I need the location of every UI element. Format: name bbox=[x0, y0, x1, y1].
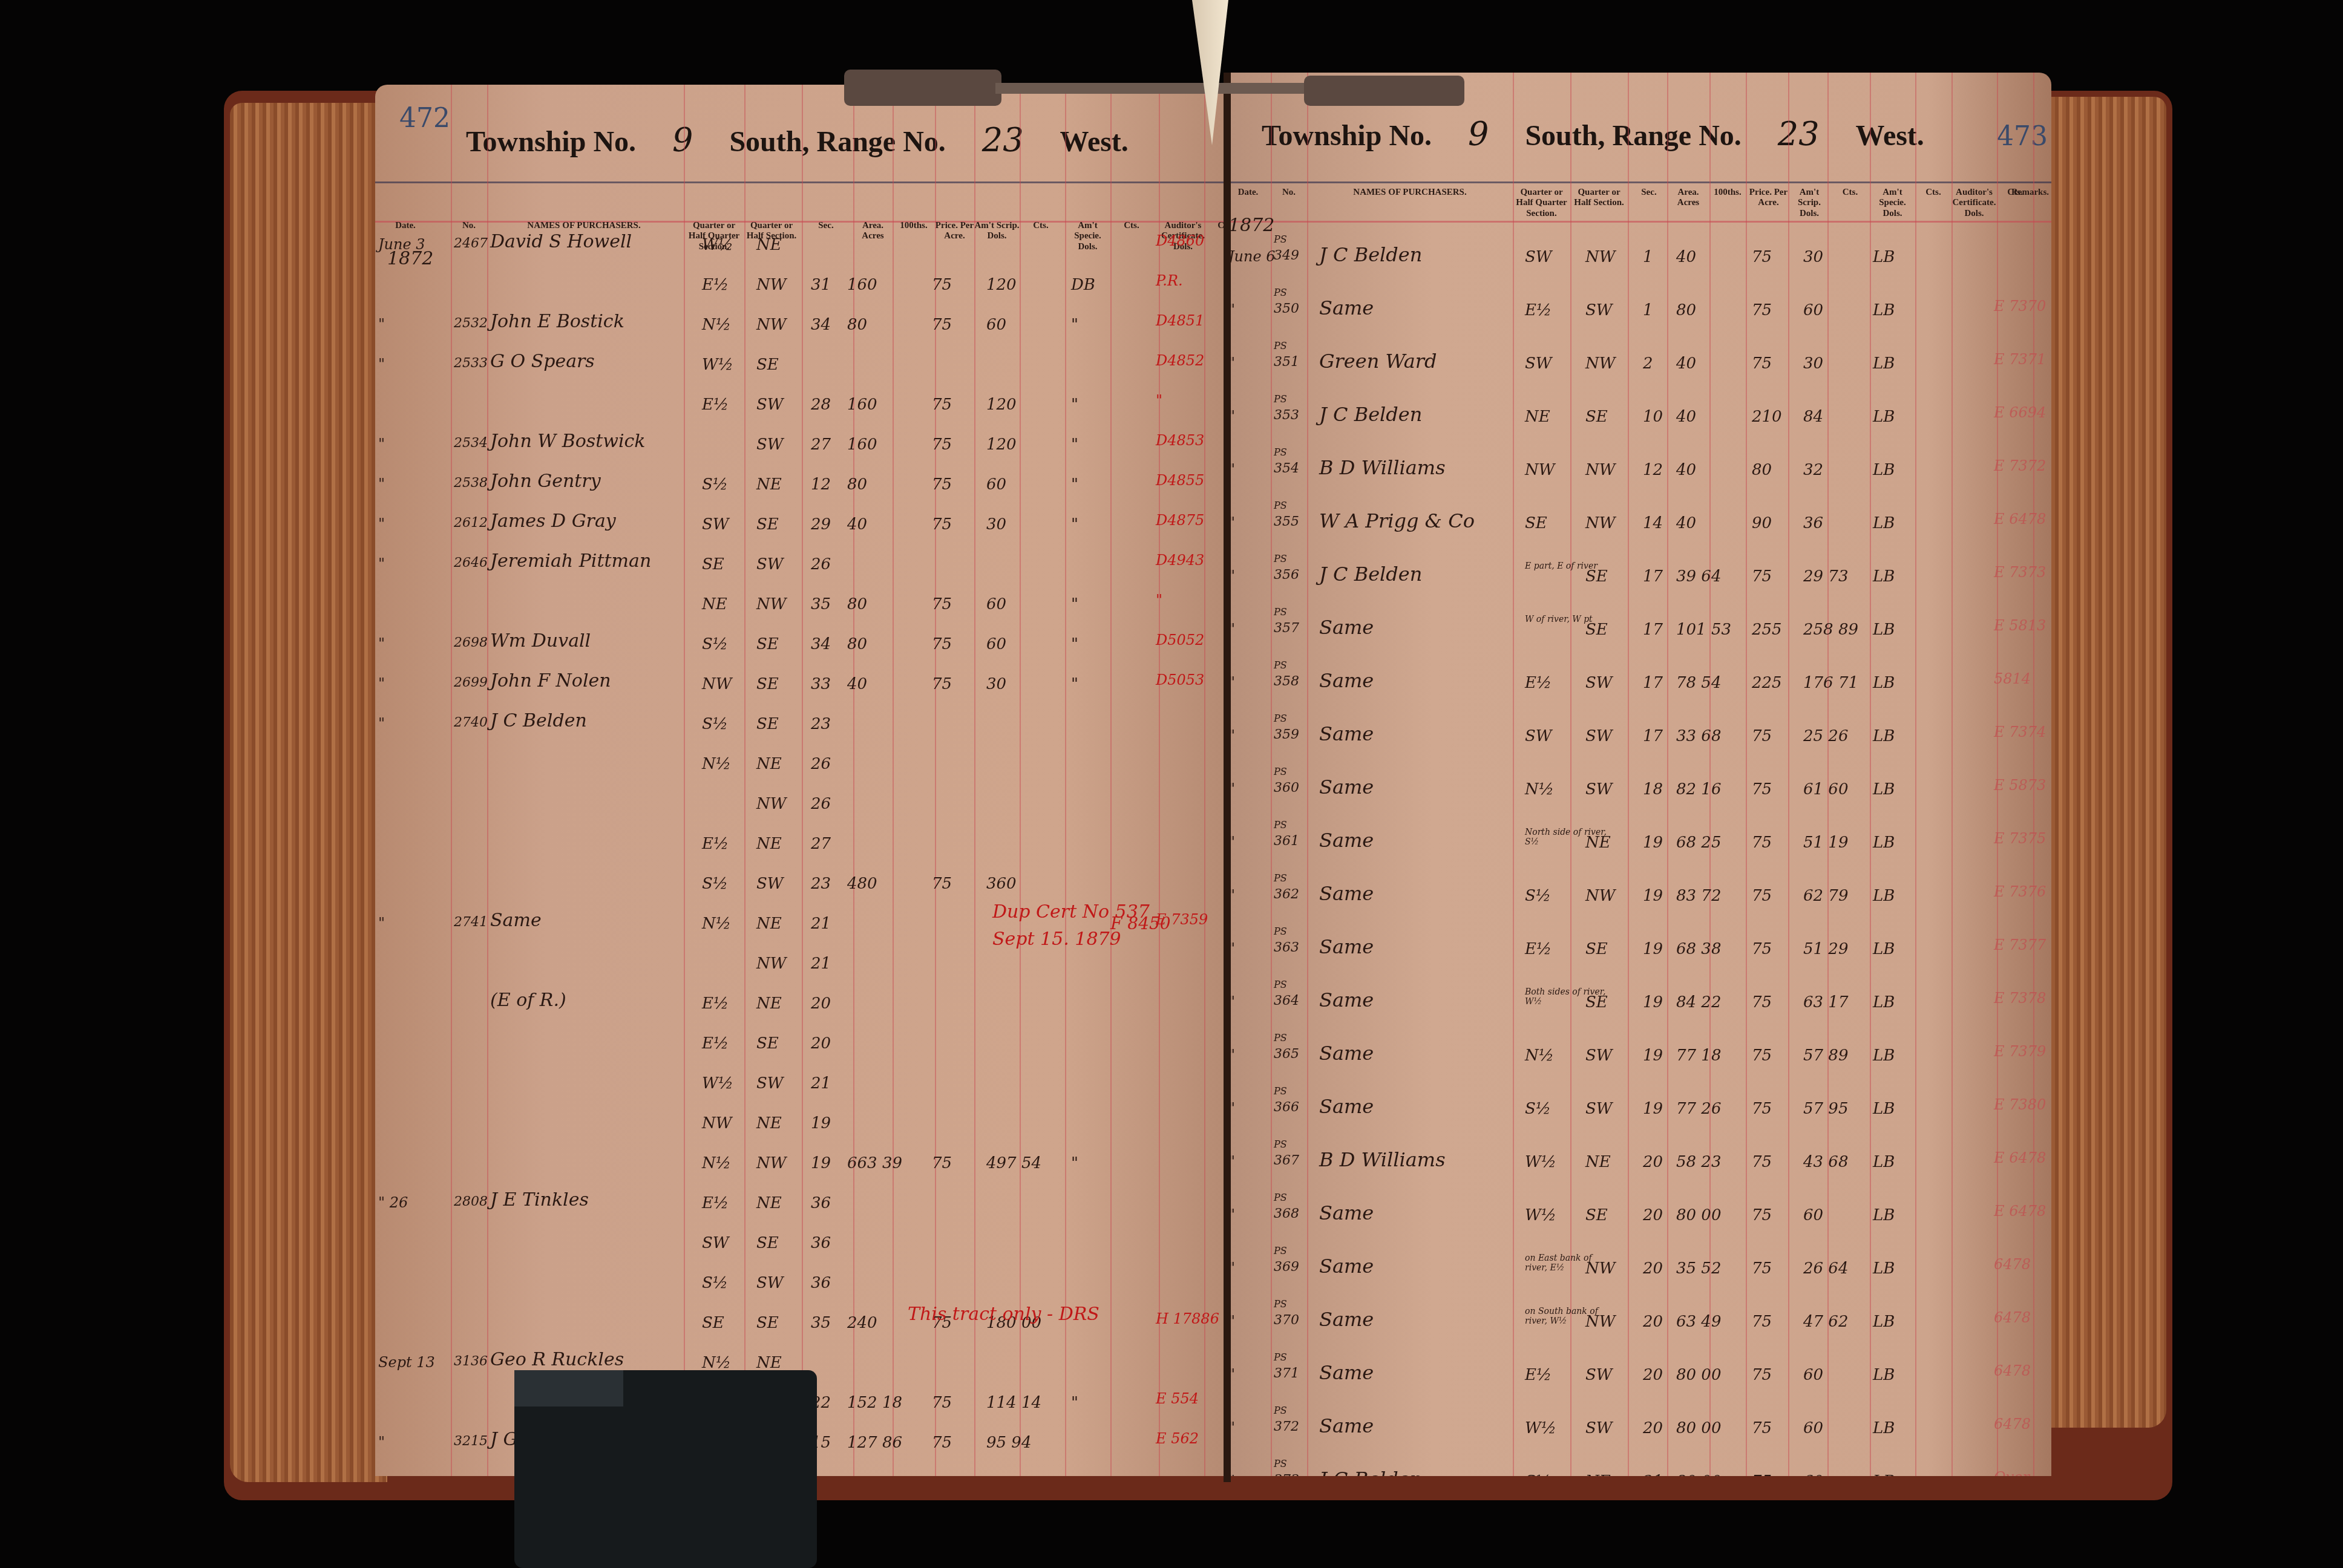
price-per-acre: 75 bbox=[932, 675, 952, 693]
amount-scrip: 60 bbox=[986, 475, 1006, 494]
remark: E 7371 bbox=[1994, 351, 2046, 368]
purchaser-name: Same bbox=[1319, 616, 1374, 639]
left-page: 472 Township No.9South, Range No.23West.… bbox=[375, 85, 1228, 1476]
quarter-half: NE bbox=[1585, 1472, 1611, 1476]
section: 19 bbox=[1643, 834, 1663, 852]
row-number: 2699 bbox=[454, 675, 488, 690]
weight-notch bbox=[514, 1370, 623, 1406]
area-acres: 80 bbox=[1676, 301, 1696, 319]
row-number: 357 bbox=[1274, 621, 1299, 636]
section: 10 bbox=[1643, 408, 1663, 426]
remark: " bbox=[1156, 592, 1162, 609]
amount-specie: LB bbox=[1873, 1259, 1895, 1278]
row-number: 359 bbox=[1274, 727, 1299, 742]
page-title: Township No.9South, Range No.23West. bbox=[1262, 115, 1924, 153]
amount-scrip: 120 bbox=[986, 436, 1017, 454]
amount-scrip: 60 bbox=[986, 635, 1006, 653]
purchaser-name: J C Belden bbox=[1319, 563, 1422, 586]
row-number: 358 bbox=[1274, 674, 1299, 689]
area-acres: 80 bbox=[847, 635, 867, 653]
remark: D4860 bbox=[1156, 232, 1204, 249]
amount-scrip: 120 bbox=[986, 276, 1017, 294]
quarter-half: NW bbox=[1585, 461, 1615, 479]
row-number: 367 bbox=[1274, 1153, 1299, 1168]
quarter-half: SE bbox=[756, 675, 779, 693]
right-page-edges bbox=[2033, 97, 2166, 1428]
column-rule bbox=[1870, 73, 1871, 1476]
price-per-acre: 75 bbox=[1752, 1206, 1772, 1224]
section: 20 bbox=[811, 995, 831, 1013]
column-rule bbox=[1159, 85, 1160, 1476]
row-number: 353 bbox=[1274, 408, 1299, 423]
remark: D5053 bbox=[1156, 671, 1204, 688]
purchaser-name: Wm Duvall bbox=[490, 630, 591, 652]
section: 18 bbox=[1643, 780, 1663, 799]
section: 27 bbox=[811, 835, 831, 853]
remark: E 554 bbox=[1156, 1390, 1199, 1407]
quarter-half: NW bbox=[1585, 248, 1615, 266]
quarter-half: SE bbox=[756, 715, 779, 733]
row-number: 2532 bbox=[454, 316, 488, 331]
amount-specie: DB bbox=[1071, 276, 1095, 294]
amount-scrip: 60 bbox=[1803, 1366, 1823, 1384]
price-per-acre: 75 bbox=[1752, 248, 1772, 266]
price-per-acre: 255 bbox=[1752, 621, 1782, 639]
section: 17 bbox=[1643, 621, 1663, 639]
row-ps-prefix: PS bbox=[1274, 1405, 1287, 1416]
remark: E 5873 bbox=[1994, 777, 2046, 794]
purchaser-name: Same bbox=[1319, 1414, 1374, 1437]
amount-specie: " bbox=[1071, 1394, 1078, 1412]
column-rule bbox=[684, 85, 685, 1476]
amount-specie: LB bbox=[1873, 461, 1895, 479]
price-per-acre: 75 bbox=[932, 875, 952, 893]
area-acres: 78 54 bbox=[1676, 674, 1721, 692]
page-number: 472 bbox=[399, 103, 450, 134]
section: 36 bbox=[811, 1194, 831, 1212]
quarter-half: NW bbox=[756, 595, 786, 613]
column-header-2: NAMES OF PURCHASERS. bbox=[1310, 188, 1510, 198]
row-ps-prefix: PS bbox=[1274, 819, 1287, 831]
area-acres: 35 52 bbox=[1676, 1259, 1721, 1278]
amount-specie: LB bbox=[1873, 727, 1895, 745]
purchaser-name: J C Belden bbox=[490, 710, 587, 731]
purchaser-name: Same bbox=[1319, 296, 1374, 319]
section: 19 bbox=[1643, 887, 1663, 905]
quarter-half: SE bbox=[1585, 408, 1608, 426]
row-ps-prefix: PS bbox=[1274, 659, 1287, 671]
area-acres: 63 49 bbox=[1676, 1313, 1721, 1331]
amount-specie: " bbox=[1071, 635, 1078, 653]
amount-scrip: 63 17 bbox=[1803, 993, 1848, 1011]
price-per-acre: 75 bbox=[1752, 1472, 1772, 1476]
price-per-acre: 75 bbox=[1752, 1366, 1772, 1384]
row-number: 362 bbox=[1274, 887, 1299, 902]
remark: E 5813 bbox=[1994, 617, 2046, 634]
amount-scrip: 29 73 bbox=[1803, 567, 1848, 586]
area-acres: 40 bbox=[847, 675, 867, 693]
section: 12 bbox=[811, 475, 831, 494]
quarter-half: NW bbox=[756, 1154, 786, 1172]
area-acres: 83 72 bbox=[1676, 887, 1721, 905]
amount-specie: LB bbox=[1873, 354, 1895, 373]
purchaser-name: Geo R Ruckles bbox=[490, 1349, 624, 1370]
column-header-6: Area. Acres bbox=[1667, 188, 1709, 209]
purchaser-name: Same bbox=[1319, 1255, 1374, 1278]
column-rule bbox=[1746, 73, 1747, 1476]
price-per-acre: 90 bbox=[1752, 514, 1772, 532]
row-number: 3215 bbox=[454, 1434, 488, 1449]
quarter-half: NW bbox=[1585, 354, 1615, 373]
section: 26 bbox=[811, 555, 831, 573]
range-label: Range No. bbox=[1612, 120, 1741, 152]
amount-specie: " bbox=[1071, 595, 1078, 613]
row-ps-prefix: PS bbox=[1274, 446, 1287, 458]
row-date: " bbox=[378, 436, 385, 452]
quarter-half: SW bbox=[756, 436, 784, 454]
quarter-half: SE bbox=[756, 635, 779, 653]
remark: E 7370 bbox=[1994, 298, 2046, 315]
price-per-acre: 75 bbox=[1752, 727, 1772, 745]
quarter-half: NW bbox=[1585, 1259, 1615, 1278]
amount-specie: LB bbox=[1873, 1472, 1895, 1476]
price-per-acre: 75 bbox=[932, 515, 952, 534]
purchaser-name: Same bbox=[1319, 669, 1374, 692]
row-number: 355 bbox=[1274, 514, 1299, 529]
column-rule bbox=[974, 85, 975, 1476]
quarter-half: NE bbox=[756, 755, 782, 773]
amount-specie: " bbox=[1071, 515, 1078, 534]
price-per-acre: 75 bbox=[1752, 1100, 1772, 1118]
purchaser-name: Jeremiah Pittman bbox=[490, 550, 651, 572]
amount-scrip: 60 bbox=[1803, 1472, 1823, 1476]
amount-scrip: 30 bbox=[986, 515, 1006, 534]
amount-specie: LB bbox=[1873, 301, 1895, 319]
purchaser-name: J E Tinkles bbox=[490, 1189, 589, 1210]
area-acres: 39 64 bbox=[1676, 567, 1721, 586]
amount-scrip: 60 bbox=[986, 595, 1006, 613]
row-number: 2646 bbox=[454, 555, 488, 570]
row-number: 349 bbox=[1274, 248, 1299, 263]
row-ps-prefix: PS bbox=[1274, 1458, 1287, 1469]
amount-scrip: 43 68 bbox=[1803, 1153, 1848, 1171]
price-per-acre: 75 bbox=[1752, 567, 1772, 586]
column-header-8: Price. Per Acre. bbox=[1749, 188, 1788, 209]
quarter-half: SE bbox=[1585, 567, 1608, 586]
remark: D4852 bbox=[1156, 352, 1204, 369]
column-header-2: NAMES OF PURCHASERS. bbox=[490, 221, 678, 231]
area-acres: 80 00 bbox=[1676, 1366, 1721, 1384]
amount-specie: LB bbox=[1873, 1153, 1895, 1171]
amount-scrip: 95 94 bbox=[986, 1434, 1031, 1452]
row-ps-prefix: PS bbox=[1274, 1032, 1287, 1044]
row-date: " bbox=[378, 915, 385, 932]
price-per-acre: 75 bbox=[1752, 1313, 1772, 1331]
row-number: 373 bbox=[1274, 1472, 1299, 1476]
remark: 6478 bbox=[1994, 1362, 2031, 1379]
row-number: 369 bbox=[1274, 1259, 1299, 1275]
quarter-half: NW bbox=[1585, 1313, 1615, 1331]
purchaser-name: Same bbox=[1319, 829, 1374, 852]
column-header-11: Am't Specie. Dols. bbox=[1870, 188, 1915, 219]
amount-specie: LB bbox=[1873, 1313, 1895, 1331]
section: 20 bbox=[1643, 1153, 1663, 1171]
column-rule bbox=[1065, 85, 1066, 1476]
quarter-half: SW bbox=[1585, 1100, 1613, 1118]
quarter-half: SW bbox=[1585, 1047, 1613, 1065]
column-header-11: Am't Specie. Dols. bbox=[1065, 221, 1110, 252]
remark: E 7372 bbox=[1994, 457, 2046, 474]
remark: E 7376 bbox=[1994, 883, 2046, 900]
remark: 6478 bbox=[1994, 1256, 2031, 1273]
row-ps-prefix: PS bbox=[1274, 713, 1287, 724]
price-per-acre: 75 bbox=[1752, 1153, 1772, 1171]
quarter-half: SE bbox=[1585, 1206, 1608, 1224]
row-number: 356 bbox=[1274, 567, 1299, 583]
price-per-acre: 75 bbox=[932, 276, 952, 294]
price-per-acre: 75 bbox=[1752, 780, 1772, 799]
price-per-acre: 75 bbox=[932, 595, 952, 613]
column-rule bbox=[1020, 85, 1021, 1476]
remark: D4943 bbox=[1156, 552, 1204, 569]
row-number: 368 bbox=[1274, 1206, 1299, 1221]
area-acres: 77 26 bbox=[1676, 1100, 1721, 1118]
remark: E 6694 bbox=[1994, 404, 2046, 421]
column-rule bbox=[1951, 73, 1953, 1476]
amount-specie: LB bbox=[1873, 1100, 1895, 1118]
row-ps-prefix: PS bbox=[1274, 979, 1287, 990]
area-acres: 80 00 bbox=[1676, 1419, 1721, 1437]
section: 21 bbox=[1643, 1472, 1663, 1476]
amount-scrip: 57 89 bbox=[1803, 1047, 1848, 1065]
quarter-half: SW bbox=[1585, 727, 1613, 745]
price-per-acre: 75 bbox=[932, 1434, 952, 1452]
section: 20 bbox=[1643, 1259, 1663, 1278]
purchaser-name: W A Prigg & Co bbox=[1319, 509, 1475, 532]
row-number: 372 bbox=[1274, 1419, 1299, 1434]
amount-specie: LB bbox=[1873, 834, 1895, 852]
quarter-half: SE bbox=[1585, 940, 1608, 958]
row-ps-prefix: PS bbox=[1274, 1245, 1287, 1256]
amount-specie: LB bbox=[1873, 248, 1895, 266]
clip-end-left bbox=[844, 70, 1001, 106]
section: 1 bbox=[1643, 301, 1653, 319]
direction-ns: South, bbox=[1525, 120, 1605, 152]
section: 1 bbox=[1643, 248, 1653, 266]
quarter-half: SE bbox=[1585, 621, 1608, 639]
row-ps-prefix: PS bbox=[1274, 234, 1287, 245]
price-per-acre: 75 bbox=[932, 1394, 952, 1412]
section: 34 bbox=[811, 316, 831, 334]
section: 28 bbox=[811, 396, 831, 414]
remark: E 7375 bbox=[1994, 830, 2046, 847]
column-rule bbox=[1271, 73, 1272, 1476]
township-number: 9 bbox=[672, 121, 693, 159]
page-title: Township No.9South, Range No.23West. bbox=[466, 121, 1129, 159]
row-ps-prefix: PS bbox=[1274, 1138, 1287, 1150]
column-header-9: Am't Scrip. Dols. bbox=[974, 221, 1020, 242]
column-header-5: Sec. bbox=[1631, 188, 1667, 198]
column-header-10: Cts. bbox=[1830, 188, 1870, 198]
column-header-15: Remarks. bbox=[2009, 188, 2051, 198]
clip-bar bbox=[995, 83, 1310, 94]
remark: " bbox=[1156, 392, 1162, 409]
purchaser-name: Same bbox=[1319, 1361, 1374, 1384]
amount-scrip: 25 26 bbox=[1803, 727, 1848, 745]
section: 17 bbox=[1643, 567, 1663, 586]
section: 35 bbox=[811, 595, 831, 613]
area-acres: 80 00 bbox=[1676, 1472, 1721, 1476]
quarter-half: SE bbox=[756, 1314, 779, 1332]
quarter-half: SW bbox=[756, 1074, 784, 1093]
remark: E 6478 bbox=[1994, 1203, 2046, 1220]
section: 21 bbox=[811, 955, 831, 973]
purchaser-name: Same bbox=[1319, 988, 1374, 1011]
section: 23 bbox=[811, 715, 831, 733]
township-label: Township No. bbox=[1262, 120, 1432, 152]
area-acres: 127 86 bbox=[847, 1434, 902, 1452]
township-number: 9 bbox=[1468, 115, 1489, 153]
amount-scrip: 60 bbox=[986, 316, 1006, 334]
row-ps-prefix: PS bbox=[1274, 766, 1287, 777]
row-ps-prefix: PS bbox=[1274, 1192, 1287, 1203]
remark: 5814 bbox=[1994, 670, 2031, 687]
purchaser-name: Same bbox=[1319, 882, 1374, 905]
quarter-half: NE bbox=[756, 1354, 782, 1372]
left-page-edges bbox=[230, 103, 387, 1482]
column-header-5: Sec. bbox=[805, 221, 847, 231]
quarter-half: SW bbox=[756, 875, 784, 893]
header-bottom-rule bbox=[1228, 221, 2051, 223]
price-per-acre: 75 bbox=[932, 475, 952, 494]
remark: E 7377 bbox=[1994, 936, 2046, 953]
amount-specie: LB bbox=[1873, 1366, 1895, 1384]
remark: P.R. bbox=[1156, 272, 1183, 289]
section: 20 bbox=[1643, 1206, 1663, 1224]
area-acres: 80 bbox=[847, 316, 867, 334]
amount-scrip: 30 bbox=[1803, 248, 1823, 266]
amount-scrip: 120 bbox=[986, 396, 1017, 414]
amount-scrip: 60 bbox=[1803, 301, 1823, 319]
row-number: 2612 bbox=[454, 515, 488, 531]
column-header-0: Date. bbox=[387, 221, 424, 231]
amount-specie: " bbox=[1071, 436, 1078, 454]
row-number: 360 bbox=[1274, 780, 1299, 795]
amount-scrip: 47 62 bbox=[1803, 1313, 1848, 1331]
area-acres: 40 bbox=[847, 515, 867, 534]
amount-specie: LB bbox=[1873, 621, 1895, 639]
column-header-1: No. bbox=[1271, 188, 1307, 198]
amount-scrip: 62 79 bbox=[1803, 887, 1848, 905]
quarter-half: SW bbox=[1585, 301, 1613, 319]
area-acres: 80 00 bbox=[1676, 1206, 1721, 1224]
column-rule bbox=[2033, 73, 2034, 1476]
purchaser-name: J C Belden bbox=[1319, 243, 1422, 266]
amount-scrip: 30 bbox=[986, 675, 1006, 693]
page-holder-clip bbox=[844, 70, 1464, 106]
column-rule bbox=[487, 85, 488, 1476]
purchaser-name: (E of R.) bbox=[490, 990, 566, 1011]
section: 20 bbox=[1643, 1313, 1663, 1331]
section: 21 bbox=[811, 915, 831, 933]
column-header-1: No. bbox=[451, 221, 487, 231]
book-weight bbox=[514, 1370, 817, 1568]
purchaser-name: Same bbox=[1319, 1201, 1374, 1224]
amount-specie: LB bbox=[1873, 1047, 1895, 1065]
purchaser-name: John Gentry bbox=[490, 471, 601, 492]
purchaser-name: David S Howell bbox=[490, 231, 632, 252]
area-acres: 84 22 bbox=[1676, 993, 1721, 1011]
column-header-7: 100ths. bbox=[1709, 188, 1746, 198]
column-rule bbox=[1628, 73, 1629, 1476]
amount-specie: LB bbox=[1873, 1206, 1895, 1224]
row-ps-prefix: PS bbox=[1274, 1085, 1287, 1097]
amount-specie: LB bbox=[1873, 780, 1895, 799]
amount-scrip: 61 60 bbox=[1803, 780, 1848, 799]
column-rule bbox=[1513, 73, 1514, 1476]
price-per-acre: 75 bbox=[1752, 1047, 1772, 1065]
price-per-acre: 75 bbox=[1752, 1259, 1772, 1278]
quarter-half: NW bbox=[756, 795, 786, 813]
row-number: 2538 bbox=[454, 475, 488, 491]
row-date: " bbox=[378, 316, 385, 333]
amount-scrip: 51 19 bbox=[1803, 834, 1848, 852]
amount-scrip: 360 bbox=[986, 875, 1017, 893]
quarter-half: SE bbox=[756, 1234, 779, 1252]
row-number: 2698 bbox=[454, 635, 488, 650]
row-number: 351 bbox=[1274, 354, 1299, 370]
purchaser-name: James D Gray bbox=[490, 511, 616, 532]
row-number: 2534 bbox=[454, 436, 488, 451]
column-rule bbox=[1110, 85, 1112, 1476]
price-per-acre: 75 bbox=[1752, 993, 1772, 1011]
header-rule bbox=[1228, 181, 2051, 183]
price-per-acre: 75 bbox=[932, 1154, 952, 1172]
row-number: 3136 bbox=[454, 1354, 488, 1369]
range-number: 23 bbox=[982, 121, 1024, 159]
section: 20 bbox=[1643, 1366, 1663, 1384]
purchaser-name: Same bbox=[1319, 1095, 1374, 1118]
row-date: " bbox=[378, 635, 385, 652]
area-acres: 77 18 bbox=[1676, 1047, 1721, 1065]
quarter-half: NW bbox=[1585, 887, 1615, 905]
purchaser-name: Same bbox=[1319, 776, 1374, 799]
row-ps-prefix: PS bbox=[1274, 500, 1287, 511]
row-number: 354 bbox=[1274, 461, 1299, 476]
amount-specie: LB bbox=[1873, 940, 1895, 958]
amount-specie: LB bbox=[1873, 514, 1895, 532]
quarter-half: SE bbox=[756, 1034, 779, 1053]
row-ps-prefix: PS bbox=[1274, 606, 1287, 618]
section: 17 bbox=[1643, 674, 1663, 692]
section: 19 bbox=[1643, 1047, 1663, 1065]
row-number: 2741 bbox=[454, 915, 488, 930]
column-header-10: Cts. bbox=[1023, 221, 1059, 231]
clip-end-right bbox=[1304, 76, 1464, 106]
row-date: " bbox=[378, 555, 385, 572]
quarter-half: SE bbox=[756, 515, 779, 534]
quarter-half: NE bbox=[756, 835, 782, 853]
section: 19 bbox=[1643, 1100, 1663, 1118]
area-acres: 40 bbox=[1676, 408, 1696, 426]
purchaser-name: Same bbox=[490, 910, 542, 931]
remark: D5052 bbox=[1156, 632, 1204, 648]
quarter-half: NE bbox=[756, 915, 782, 933]
price-per-acre: 75 bbox=[932, 436, 952, 454]
column-header-12: Cts. bbox=[1113, 221, 1150, 231]
section: 29 bbox=[811, 515, 831, 534]
amount-scrip: 32 bbox=[1803, 461, 1823, 479]
